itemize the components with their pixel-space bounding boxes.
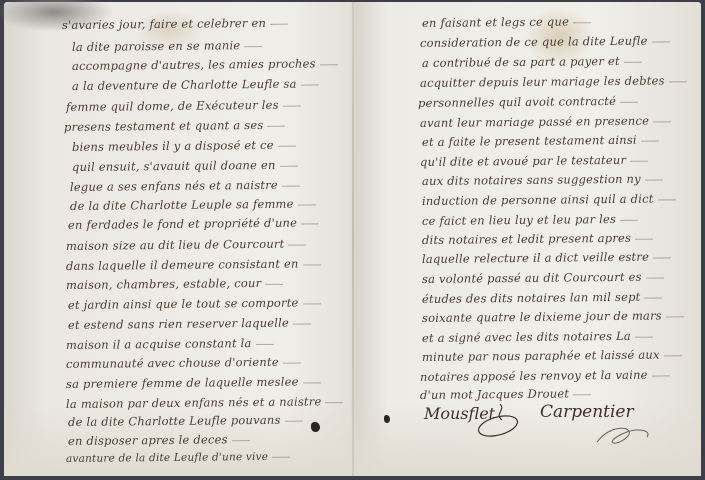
text-line: en ferdades le fond et propriété d'une	[68, 215, 319, 232]
text-line: et estend sans rien reserver laquelle	[68, 315, 311, 332]
text-line: en faisant et legs ce que	[422, 14, 591, 30]
text-line: a la deventure de Charlotte Leufle sa	[72, 76, 319, 93]
text-line: qu'il dite et avoué par le testateur	[420, 153, 648, 169]
text-line: maison il a acquise constant la	[66, 336, 274, 352]
manuscript-spread: s'avaries jour, faire et celebrer en la …	[4, 2, 701, 476]
text-line: avant leur mariage passé en presence	[420, 113, 671, 130]
signature-paraph-icon	[592, 422, 662, 452]
text-line: soixante quatre le dixieme jour de mars	[422, 308, 684, 325]
text-line: et a signé avec les dits notaires La	[422, 329, 653, 345]
text-line: communauté avec chouse d'oriente	[66, 355, 301, 371]
text-line: aux dits notaires sans suggestion ny	[422, 171, 663, 188]
text-line: minute par nous paraphée et laissé aux	[422, 347, 682, 364]
text-line: maison, chambres, estable, cour	[66, 276, 283, 292]
text-line: sa premiere femme de laquelle meslee	[66, 374, 321, 391]
text-line: et jardin ainsi que le tout se comporte	[68, 295, 321, 312]
text-line: accompagne d'autres, les amies proches	[72, 56, 338, 73]
text-line: de la dite Charlotte Leuple sa femme	[70, 196, 316, 213]
left-page: s'avaries jour, faire et celebrer en la …	[4, 2, 352, 476]
text-line: consideration de ce que la dite Leufle	[420, 33, 670, 50]
text-line: dits notaires et ledit present apres	[422, 231, 653, 247]
text-line: legue a ses enfans nés et a naistre	[70, 178, 300, 194]
text-line: études des dits notaires lan mil sept	[422, 289, 663, 306]
text-line: personnelles quil avoit contracté	[418, 94, 638, 110]
text-line: et a faite le present testament ainsi	[422, 133, 659, 149]
text-line: induction de personne ainsi quil a dict	[422, 191, 676, 208]
text-line: la maison par deux enfans nés et a naist…	[66, 394, 344, 411]
text-line: avanture de la dite Leufle d'une vive	[66, 451, 290, 465]
text-line: biens meubles il y a disposé et ce	[72, 138, 296, 154]
signature-flourish-icon	[470, 400, 530, 440]
text-line: la dite paroisse en se manie	[72, 38, 263, 54]
text-line: s'avaries jour, faire et celebrer en	[62, 16, 288, 32]
text-line: maison size au dit lieu de Courcourt	[66, 236, 307, 253]
text-line: presens testament et quant a ses	[64, 118, 286, 134]
text-line: laquelle relecture il a dict veille estr…	[422, 249, 671, 266]
text-line: femme quil dome, de Exécuteur les	[66, 98, 301, 114]
text-line: dans laquelle il demeure consistant en	[66, 256, 321, 273]
text-line: ce faict en lieu luy et leu par les	[422, 212, 638, 228]
right-page: en faisant et legs ce que consideration …	[352, 2, 701, 476]
text-line: de la dite Charlotte Leufle pouvans	[68, 413, 303, 429]
text-line: a contribué de sa part a payer et	[422, 54, 642, 70]
text-line: quil ensuit, s'avauit quil doane en	[72, 158, 298, 174]
text-line: notaires apposé les renvoy et la vaine	[420, 367, 670, 384]
text-line: acquitter depuis leur mariage les debtes	[420, 73, 687, 90]
text-line: en disposer apres le deces	[68, 432, 250, 448]
text-line: sa volonté passé au dit Courcourt es	[422, 269, 664, 286]
signature-carpentier: Carpentier	[540, 402, 634, 422]
